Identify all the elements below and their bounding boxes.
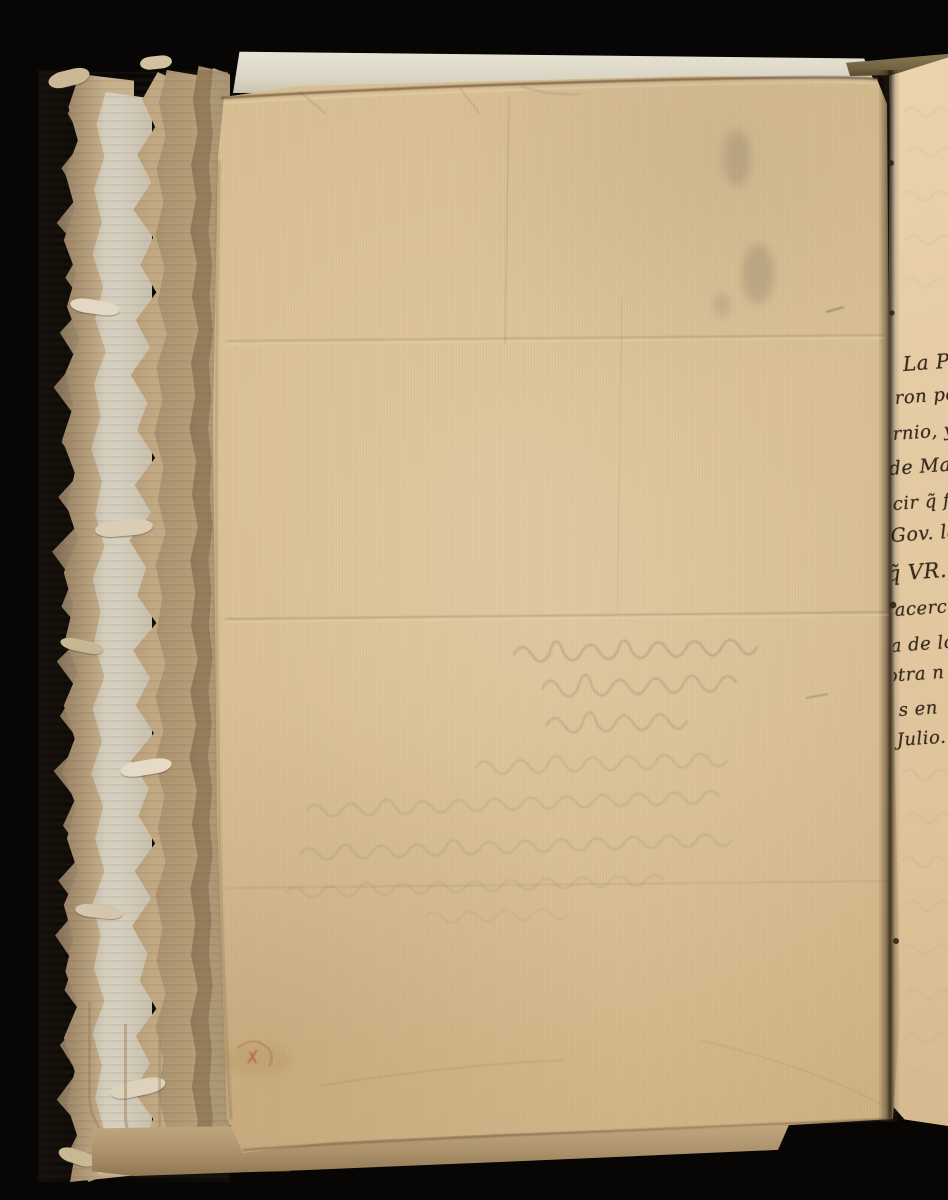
- manuscript-photograph: La P ron por rnio, y de Maca cir q̃ f Go…: [0, 0, 948, 1200]
- handwriting-fragment: Julio.: [896, 727, 947, 751]
- gutter-shadow: [878, 70, 900, 1122]
- handwriting-fragment: rnio, y: [892, 420, 948, 445]
- handwriting-fragment: cir q̃ f: [892, 490, 948, 515]
- handwriting-fragment: ron por: [894, 383, 948, 409]
- handwriting-fragment: acerca: [894, 596, 948, 621]
- handwriting-fragment: La P: [902, 349, 948, 376]
- paper-flake: [139, 54, 172, 70]
- handwriting-fragment: s en: [898, 697, 939, 721]
